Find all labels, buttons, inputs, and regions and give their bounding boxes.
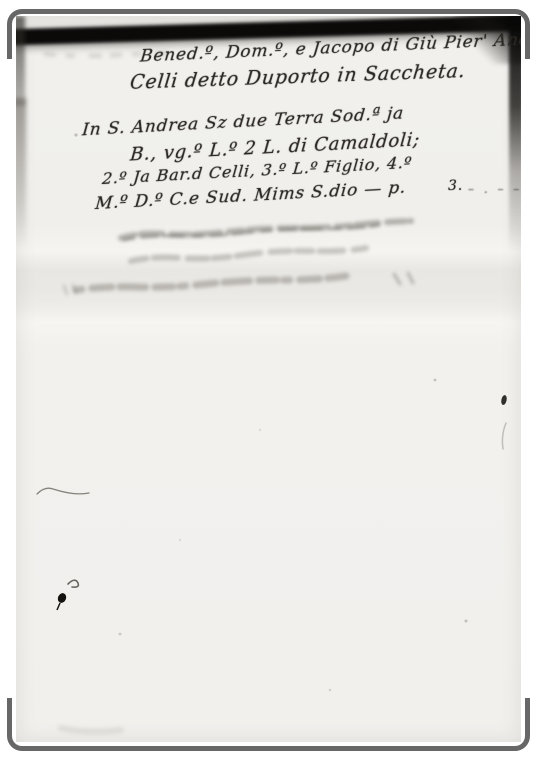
scan-frame-top — [7, 9, 530, 59]
document-scan-viewer: Bened.º, Dom.º, e Jacopo di Giù Pier' An… — [0, 0, 537, 760]
pen-scratch — [37, 423, 506, 587]
ink-specks — [56, 133, 507, 691]
manuscript-page: Bened.º, Dom.º, e Jacopo di Giù Pier' An… — [16, 16, 521, 742]
scan-frame-bottom — [7, 698, 530, 751]
marginal-dashes: – . – – — [468, 182, 521, 196]
marginal-figure: 3. — [448, 178, 463, 194]
